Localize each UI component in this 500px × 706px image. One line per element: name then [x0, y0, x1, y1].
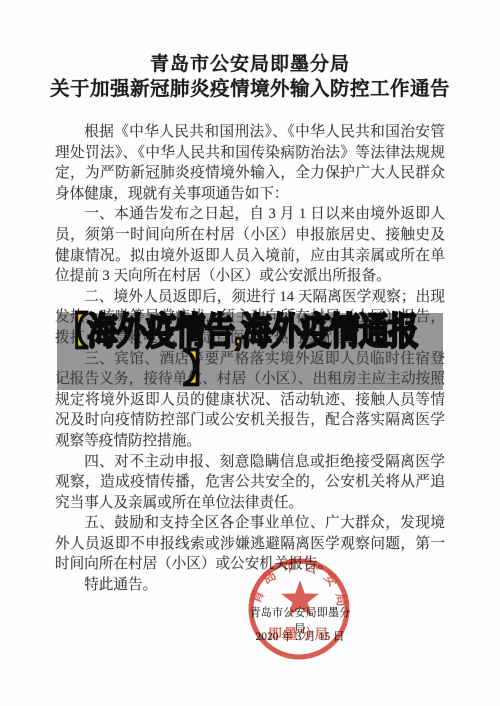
notice-page: 青岛市公安局即墨分局 关于加强新冠肺炎疫情境外输入防控工作通告 根据《中华人民共…	[0, 0, 500, 706]
paragraph-item1: 一、本通告发布之日起，自 3 月 1 日以来由境外返即人员，须第一时间向所在村居…	[55, 204, 445, 286]
seal-star-icon	[281, 580, 319, 616]
doc-title: 青岛市公安局即墨分局 关于加强新冠肺炎疫情境外输入防控工作通告	[0, 52, 500, 103]
watermark-text-line1: 【海外疫情告,海外疫情通报	[58, 312, 418, 352]
doc-title-line1: 青岛市公安局即墨分局	[0, 52, 500, 77]
seal-inner-text: 即墨分局	[268, 626, 330, 643]
watermark-text-line2: 】	[57, 349, 347, 389]
watermark-overlay-band: 【海外疫情告,海外疫情通报 】	[57, 313, 443, 390]
paragraph-intro: 根据《中华人民共和国刑法》、《中华人民共和国治安管理处罚法》、《中华人民共和国传…	[55, 122, 445, 204]
official-seal-icon: 青岛市公安局 即墨分局	[246, 556, 352, 662]
doc-title-line2: 关于加强新冠肺炎疫情境外输入防控工作通告	[0, 77, 500, 103]
paragraph-item4: 四、对不主动申报、刻意隐瞒信息或拒绝接受隔离医学观察，造成疫情传播，危害公共安全…	[55, 452, 445, 514]
